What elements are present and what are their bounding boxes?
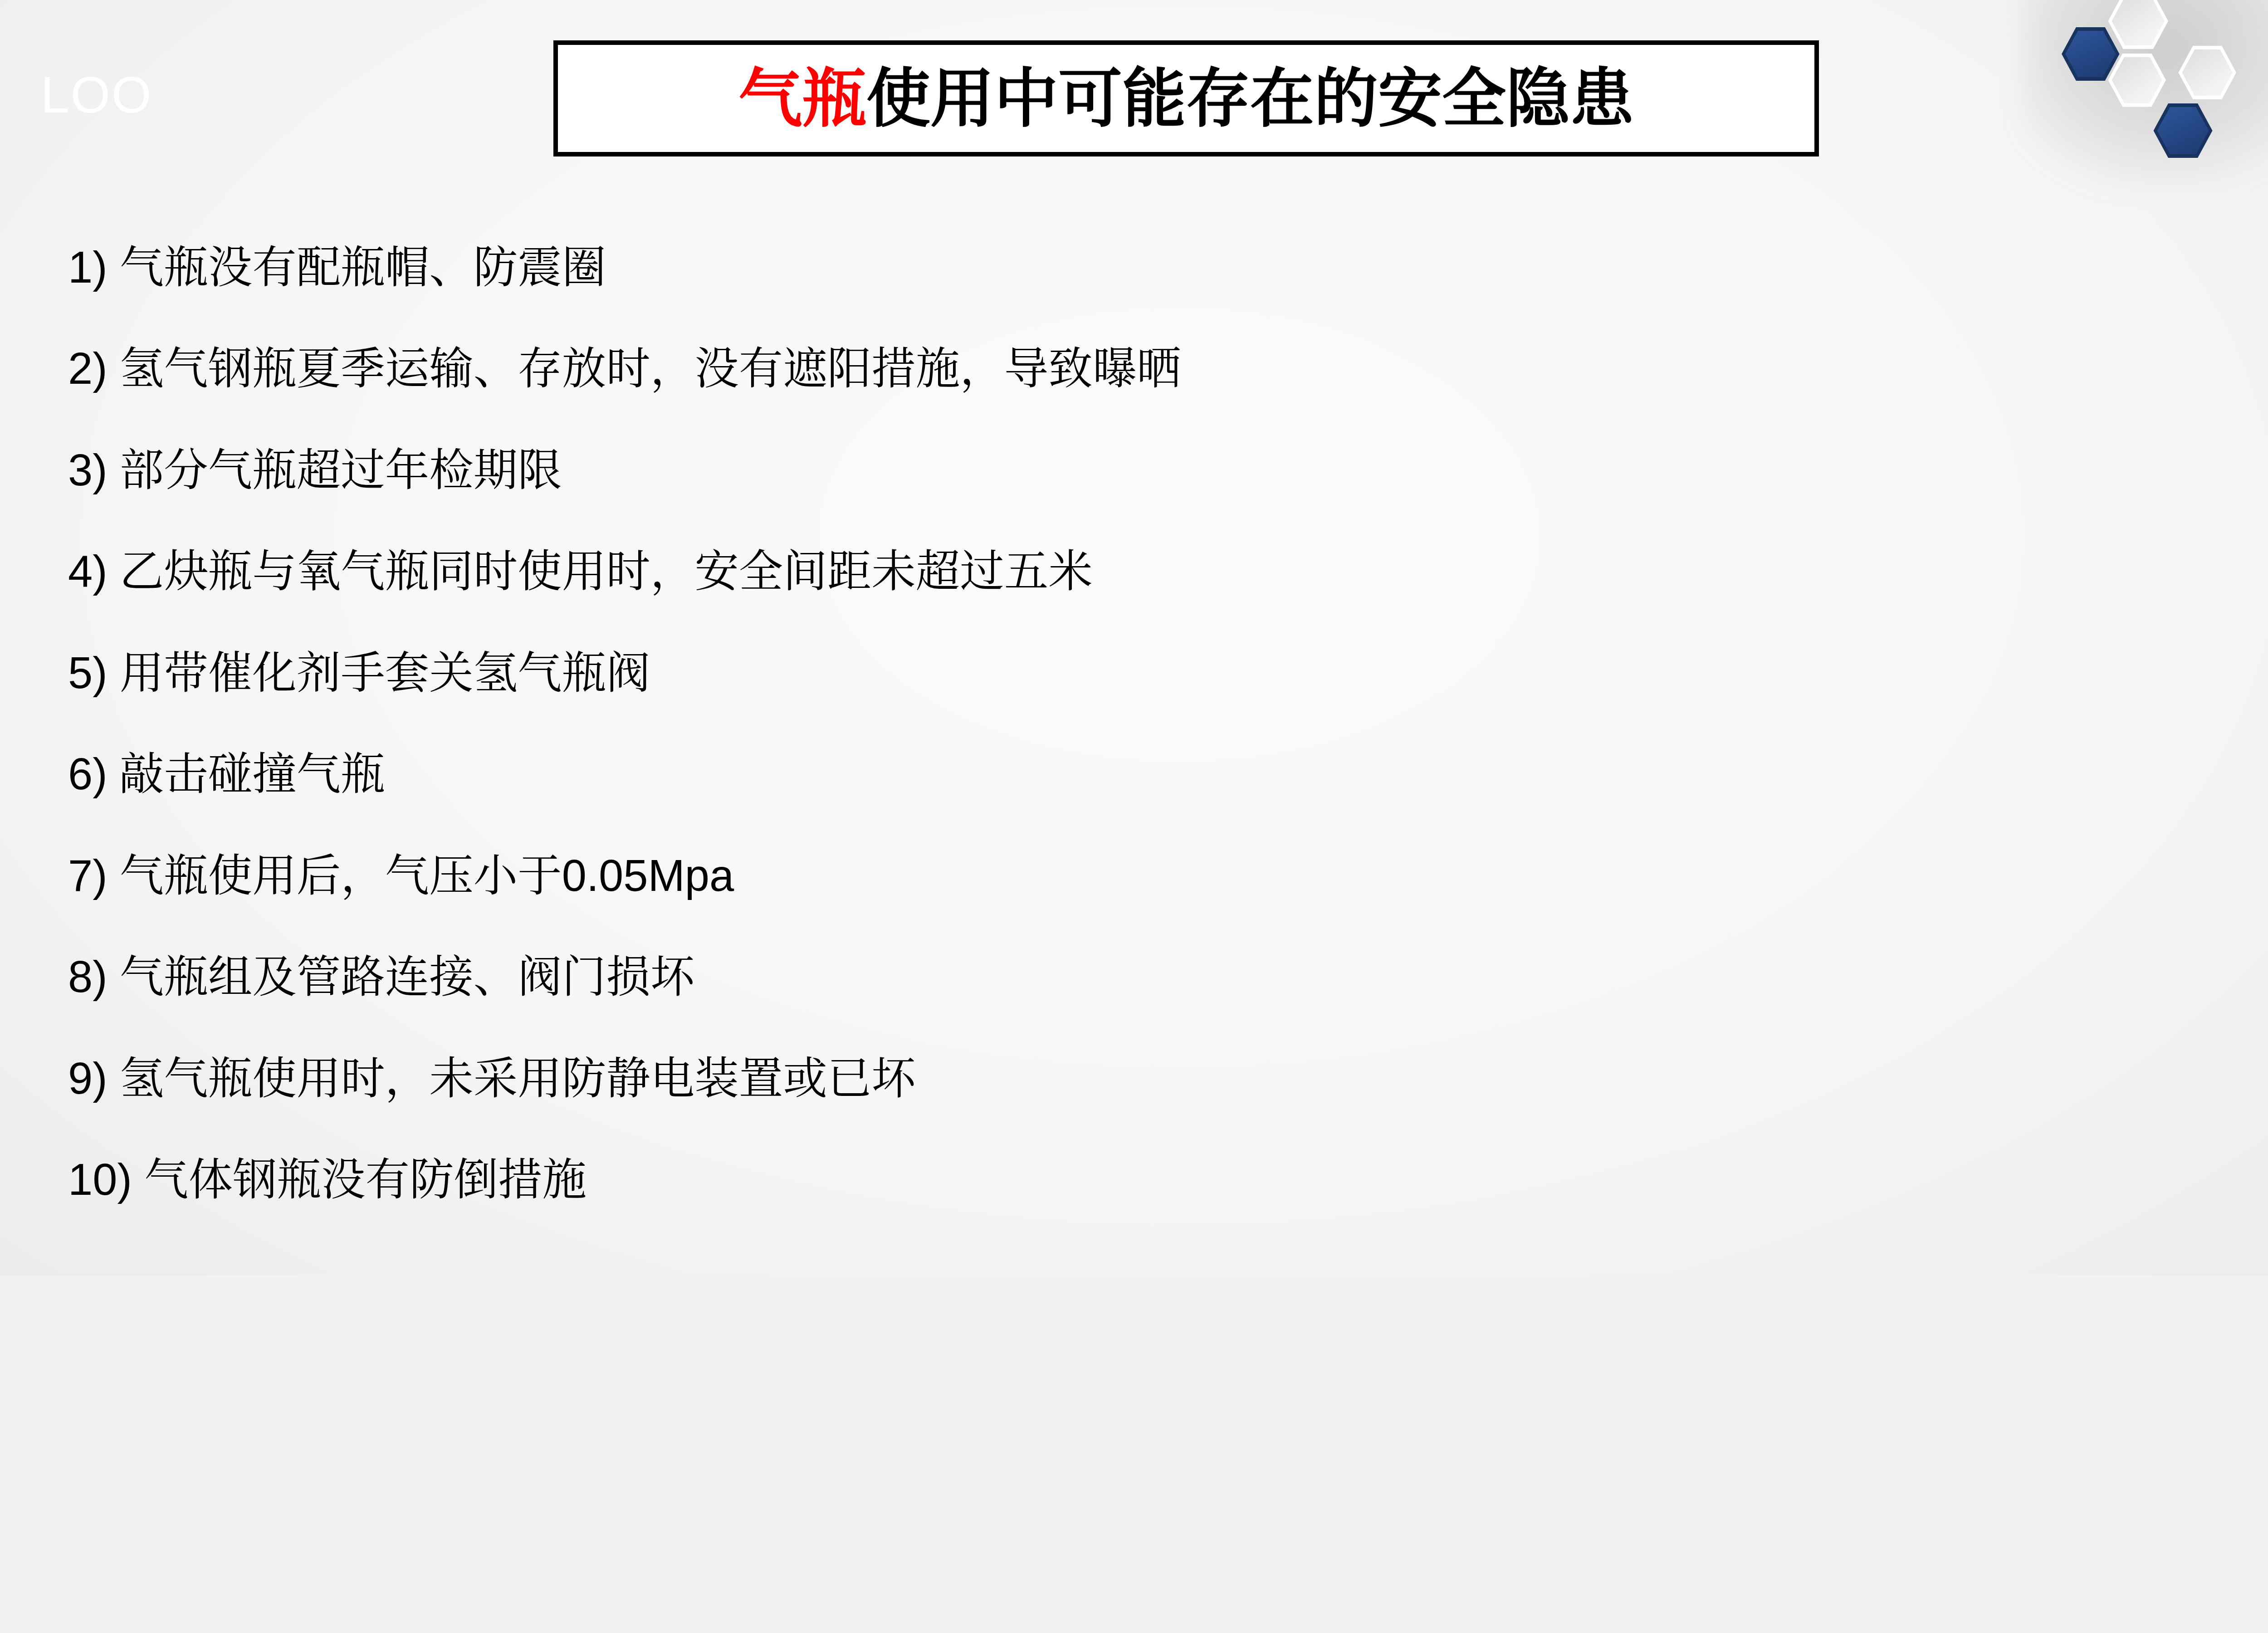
list-item: 9) 氢气瓶使用时，未采用防静电装置或已坏 — [68, 1028, 1181, 1129]
hexagon-face — [2112, 57, 2163, 103]
list-item: 8) 气瓶组及管路连接、阀门损坏 — [68, 926, 1181, 1028]
hazard-list: 1) 气瓶没有配瓶帽、防震圈 2) 氢气钢瓶夏季运输、存放时，没有遮阳措施，导致… — [68, 217, 1181, 1231]
page-title: 气瓶使用中可能存在的安全隐患 — [738, 67, 1634, 131]
hexagon-face — [2065, 31, 2116, 77]
hexagon-face — [2157, 107, 2209, 154]
list-item: 4) 乙炔瓶与氧气瓶同时使用时，安全间距未超过五米 — [68, 521, 1181, 622]
hexagon-face — [2182, 49, 2233, 96]
title-highlight-text: 气瓶 — [738, 63, 866, 134]
list-item: 10) 气体钢瓶没有防倒措施 — [68, 1129, 1181, 1231]
slide: LOO 气瓶使用中可能存在的安全隐患 1) 气瓶没有配瓶帽、防震圈 2) 氢气钢… — [0, 0, 2268, 1276]
list-item: 5) 用带催化剂手套关氢气瓶阀 — [68, 622, 1181, 724]
list-item: 1) 气瓶没有配瓶帽、防震圈 — [68, 217, 1181, 318]
list-item: 3) 部分气瓶超过年检期限 — [68, 420, 1181, 521]
list-item: 6) 敲击碰撞气瓶 — [68, 724, 1181, 825]
list-item: 7) 气瓶使用后，气压小于0.05Mpa — [68, 825, 1181, 927]
title-box: 气瓶使用中可能存在的安全隐患 — [553, 40, 1819, 156]
logo-text: LOO — [41, 69, 153, 121]
hexagon-face — [2112, 0, 2165, 45]
title-rest-text: 使用中可能存在的安全隐患 — [866, 63, 1634, 134]
list-item: 2) 氢气钢瓶夏季运输、存放时，没有遮阳措施，导致曝晒 — [68, 318, 1181, 420]
